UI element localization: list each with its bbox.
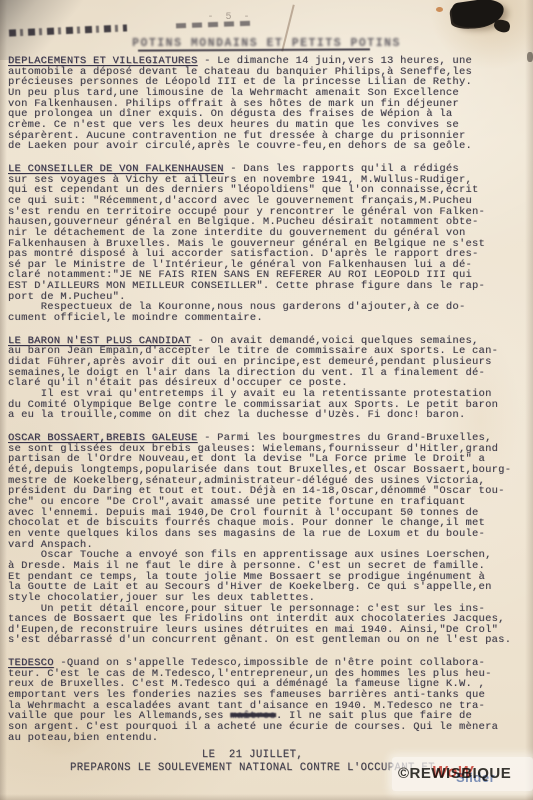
article-body: - Dans les rapports qu'il a rédigés sur … [8, 163, 485, 324]
article-paragraph-bossaert: OSCAR BOSSAERT,BREBIS GALEUSE - Parmi le… [8, 433, 527, 646]
edge-ink-speck [527, 52, 533, 62]
watermark-overlay-blue: Slider [456, 770, 495, 785]
article-text-block: DEPLACEMENTS ET VILLEGIATURES - Le diman… [8, 56, 527, 755]
footer-slogan-text: PREPARONS LE SOULEVEMENT NATIONAL CONTRE… [70, 762, 435, 774]
article-body: - Parmi les bourgmestres du Grand-Bruxel… [8, 432, 511, 646]
scan-edge-bottom [0, 794, 533, 800]
article-paragraph-conseiller: LE CONSEILLER DE VON FALKENHAUSEN - Dans… [8, 164, 527, 324]
footer-date: LE 21 JUILLET, [202, 749, 303, 761]
article-paragraph-baron: LE BARON N'EST PLUS CANDIDAT - On avait … [8, 336, 527, 421]
article-paragraph-tedesco: TEDESCO -Quand on s'appelle Tedesco,impo… [8, 658, 527, 743]
article-body: - Le dimanche 14 juin,vers 13 heures, un… [8, 55, 472, 152]
watermark: ©REWISBIQUE WoW Slider [398, 763, 533, 789]
article-paragraph-deplacements: DEPLACEMENTS ET VILLEGIATURES - Le diman… [8, 56, 527, 152]
scanned-page: { "page": { "number": "- 5 -", "title_sm… [0, 0, 533, 800]
page-number: - 5 - [0, 12, 460, 23]
struck-out-word: maîtres [230, 710, 276, 722]
article-body: - On avait demandé,voici quelques semain… [8, 335, 498, 422]
scan-edge-left [0, 0, 7, 800]
